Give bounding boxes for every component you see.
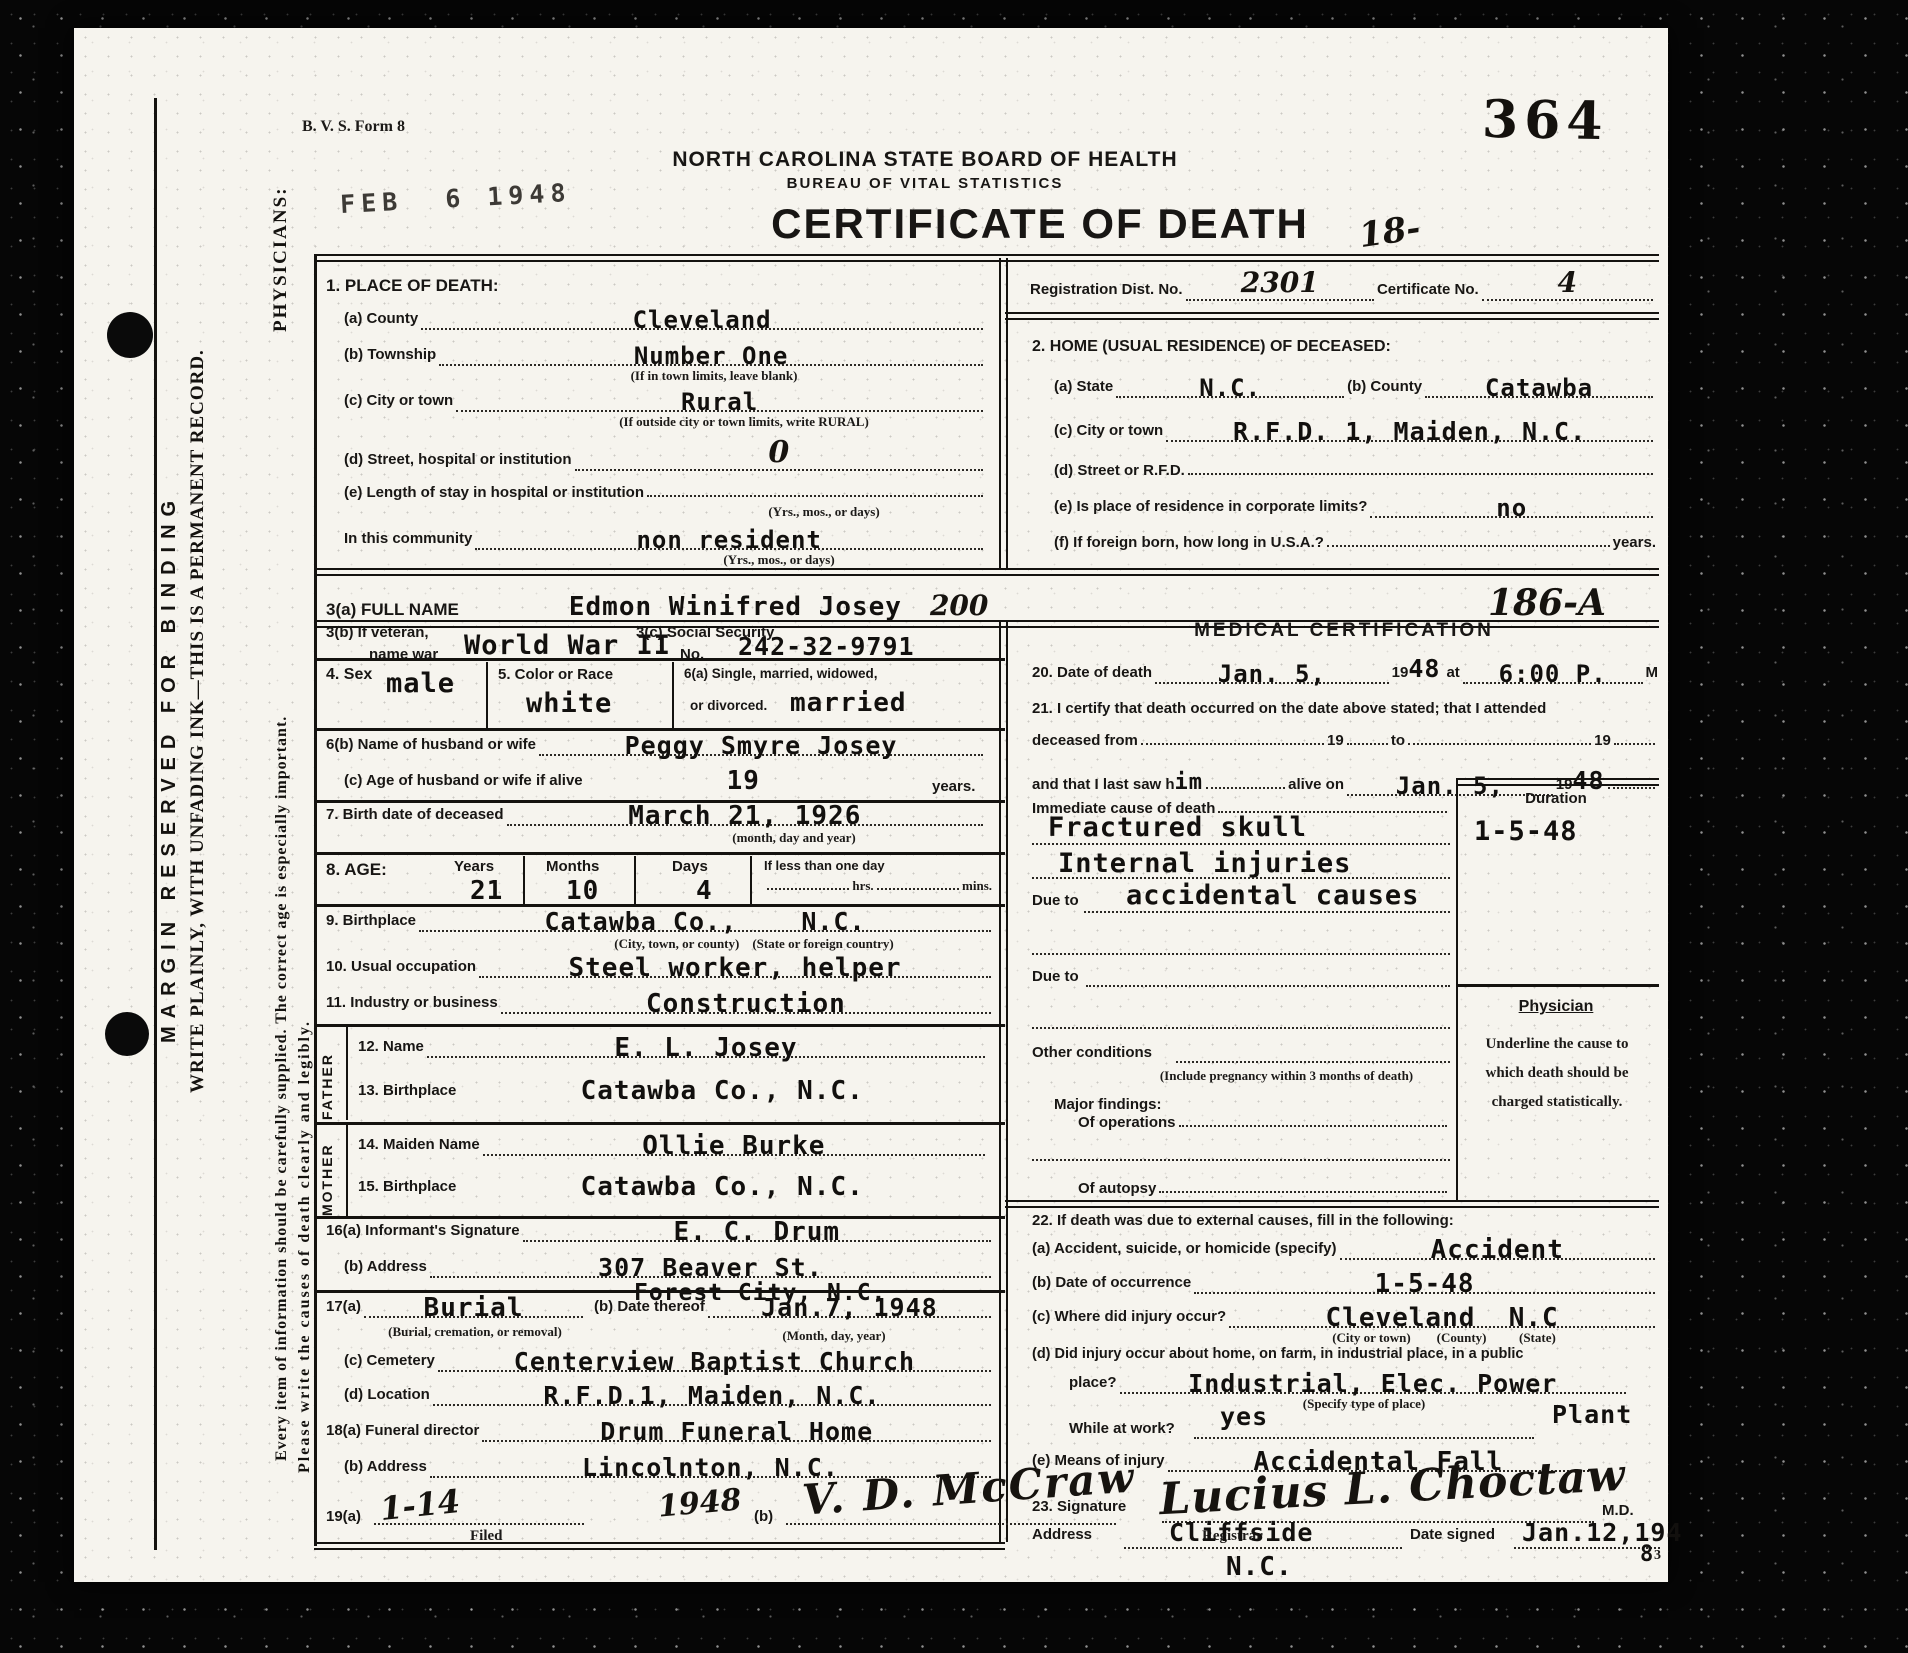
received-date-stamp: FEB 6 1948 — [339, 178, 572, 219]
rule-under-birthdate — [314, 852, 1005, 855]
cemetery-value: Centerview Baptist Church — [514, 1357, 915, 1367]
rule-under-medical — [1005, 1200, 1659, 1208]
informant-label: 16(a) Informant's Signature — [326, 1222, 520, 1239]
registration-dist-label: Registration Dist. No. — [1030, 281, 1183, 298]
last-saw-him: im — [1175, 770, 1204, 795]
home-state-county-row: (a) State N.C. (b) County Catawba — [1054, 378, 1656, 398]
while-at-work-line — [1194, 1436, 1534, 1439]
birthdate-label: 7. Birth date of deceased — [326, 806, 504, 823]
home-foreign-suffix: years. — [1613, 534, 1656, 551]
at-label: at — [1446, 664, 1459, 681]
while-at-work-label: While at work? — [1069, 1420, 1175, 1437]
attended-from-label: deceased from — [1032, 732, 1138, 749]
community-value: non resident — [636, 535, 821, 545]
spouse-value: Peggy Smyre Josey — [625, 741, 898, 751]
city-label: (c) City or town — [344, 392, 453, 409]
external-kind-row: (a) Accident, suicide, or homicide (spec… — [1032, 1240, 1658, 1260]
autopsy-label: Of autopsy — [1078, 1180, 1156, 1197]
physician-address-value2: N.C. — [1226, 1552, 1293, 1582]
funeral-address-label: (b) Address — [344, 1458, 427, 1475]
registration-dist-value: 2301 — [1241, 278, 1319, 288]
ssn-value: 242-32-9791 — [738, 632, 915, 661]
other-conditions-line — [1176, 1060, 1450, 1063]
township-label: (b) Township — [344, 346, 436, 363]
marital-label2: or divorced. — [690, 698, 767, 713]
certificate-no-label: Certificate No. — [1377, 281, 1479, 298]
date-signed-value: Jan.12,194 — [1522, 1518, 1683, 1547]
informant-value: E. C. Drum — [674, 1227, 841, 1237]
injury-where-note: (City or town) (County) (State) — [1234, 1330, 1654, 1346]
birthplace-label: 9. Birthplace — [326, 912, 416, 929]
filing-b-label: (b) — [754, 1508, 773, 1525]
father-birthplace-value: Catawba Co., N.C. — [581, 1086, 864, 1096]
certificate-no-value: 4 — [1558, 278, 1577, 288]
street-row: (d) Street, hospital or institution 0 — [344, 450, 986, 471]
age-years-value: 21 — [470, 876, 503, 906]
father-divider — [346, 1026, 348, 1120]
county-value: Cleveland — [633, 315, 772, 325]
physician-note: Underline the cause to which death shoul… — [1466, 1030, 1648, 1117]
place-of-death-heading: 1. PLACE OF DEATH: — [326, 276, 499, 296]
medical-heading: MEDICAL CERTIFICATION — [1032, 620, 1656, 642]
age-label: 8. AGE: — [326, 860, 387, 880]
means-of-injury-label: (e) Means of injury — [1032, 1452, 1165, 1469]
industry-row: 11. Industry or business Construction — [326, 994, 994, 1014]
occurrence-date-row: (b) Date of occurrence 1-5-48 — [1032, 1274, 1658, 1294]
city-row: (c) City or town Rural — [344, 392, 986, 412]
community-label: In this community — [344, 530, 472, 547]
age-hrs-label: hrs. — [852, 878, 873, 894]
time-of-death-value: 6:00 P. — [1499, 669, 1607, 679]
date-signed-label: Date signed — [1410, 1526, 1495, 1543]
date-of-death-label: 20. Date of death — [1032, 664, 1152, 681]
disposition-type-label: 17(a) — [326, 1298, 361, 1315]
year-printed: 19 — [1392, 664, 1409, 681]
disposition-type-row: 17(a) Burial — [326, 1298, 586, 1318]
org-line2: BUREAU OF VITAL STATISTICS — [645, 175, 1205, 192]
home-state-value: N.C. — [1199, 383, 1261, 393]
home-street-row: (d) Street or R.F.D. — [1054, 462, 1656, 479]
veteran-label1: 3(b) If veteran, — [326, 624, 429, 641]
operations-row: Of operations — [1078, 1114, 1450, 1131]
margin-binding-text: MARGIN RESERVED FOR BINDING — [158, 483, 181, 1043]
home-foreign-label: (f) If foreign born, how long in U.S.A.? — [1054, 534, 1324, 551]
cause-line-1 — [1032, 842, 1450, 845]
informant-address-row: (b) Address 307 Beaver St. — [344, 1258, 994, 1278]
cemetery-row: (c) Cemetery Centerview Baptist Church — [344, 1352, 994, 1372]
birthdate-note: (month, day and year) — [634, 830, 954, 846]
age-months-value: 10 — [566, 876, 599, 906]
spouse-age-row: (c) Age of husband or wife if alive 19 — [344, 772, 904, 790]
injury-place-value2: Plant — [1552, 1400, 1632, 1429]
physician-label: Physician — [1456, 998, 1656, 1016]
injury-where-row: (c) Where did injury occur? Cleveland N.… — [1032, 1308, 1658, 1328]
form-number: B. V. S. Form 8 — [302, 118, 405, 136]
county-label: (a) County — [344, 310, 418, 327]
form-bottom-rule — [314, 1542, 1005, 1550]
birthplace-row: 9. Birthplace Catawba Co., N.C. — [326, 912, 994, 932]
column-divider-upper — [999, 258, 1008, 568]
page-title: CERTIFICATE OF DEATH — [740, 200, 1340, 248]
stay-row: (e) Length of stay in hospital or instit… — [344, 484, 986, 501]
margin-write-plainly-text: WRITE PLAINLY, WITH UNFADING INK—THIS IS… — [187, 273, 209, 1093]
community-row: In this community non resident — [344, 530, 986, 550]
age-years-label: Years — [454, 858, 494, 875]
age-days-label: Days — [672, 858, 708, 875]
funeral-director-value: Drum Funeral Home — [600, 1427, 873, 1437]
occupation-value: Steel worker, helper — [568, 963, 901, 973]
spouse-age-suffix: years. — [932, 778, 975, 795]
age-divider-3 — [750, 856, 752, 904]
external-heading: 22. If death was due to external causes,… — [1032, 1212, 1454, 1229]
filing-date-line — [374, 1522, 584, 1525]
marital-label1: 6(a) Single, married, widowed, — [684, 666, 878, 681]
full-name-value: Edmon Winifred Josey — [569, 592, 902, 622]
due-to-value: accidental causes — [1126, 880, 1419, 911]
external-kind-value: Accident — [1431, 1245, 1564, 1255]
external-kind-label: (a) Accident, suicide, or homicide (spec… — [1032, 1240, 1337, 1257]
due-to-2-line — [1086, 984, 1450, 987]
duration-box-top — [1456, 778, 1659, 786]
age-divider-1 — [523, 856, 525, 904]
file-code: 186-A — [1488, 582, 1606, 624]
home-corporate-value: no — [1496, 503, 1527, 513]
date-of-death-row: 20. Date of death Jan. 5, 19 48 at 6:00 … — [1032, 654, 1658, 684]
occurrence-date-value: 1-5-48 — [1375, 1279, 1475, 1289]
occupation-row: 10. Usual occupation Steel worker, helpe… — [326, 958, 994, 978]
injury-place-label: place? — [1069, 1374, 1117, 1391]
age-divider-2 — [634, 856, 636, 904]
mother-name-value: Ollie Burke — [642, 1141, 825, 1151]
age-days-value: 4 — [696, 876, 713, 906]
spouse-age-value: 19 — [727, 776, 760, 786]
birthplace-note: (City, town, or county) (State or foreig… — [504, 936, 1004, 952]
stay-note: (Yrs., mos., or days) — [674, 504, 974, 520]
spouse-age-label: (c) Age of husband or wife if alive — [344, 772, 583, 789]
race-label: 5. Color or Race — [498, 666, 613, 683]
due-to-line — [1084, 910, 1450, 913]
other-conditions-note: (Include pregnancy within 3 months of de… — [1114, 1068, 1459, 1084]
occupation-label: 10. Usual occupation — [326, 958, 476, 975]
date-of-death-value: Jan. 5, — [1218, 669, 1326, 679]
physician-address-line — [1124, 1546, 1402, 1549]
rule-under-mother — [314, 1216, 1005, 1219]
city-value: Rural — [681, 397, 758, 407]
cemetery-label: (c) Cemetery — [344, 1352, 435, 1369]
filing-label: 19(a) — [326, 1508, 361, 1525]
blank-line-2 — [1032, 1026, 1450, 1029]
home-corporate-row: (e) Is place of residence in corporate l… — [1054, 498, 1656, 518]
injury-where-value: Cleveland N.C — [1326, 1313, 1559, 1323]
injury-where-label: (c) Where did injury occur? — [1032, 1308, 1226, 1325]
org-line1: NORTH CAROLINA STATE BOARD OF HEALTH — [645, 148, 1205, 172]
margin-physicians-text: PHYSICIANS: — [270, 116, 292, 332]
sex-value: male — [386, 668, 455, 699]
column-divider-lower — [999, 622, 1008, 1542]
father-name-row: 12. Name E. L. Josey — [358, 1038, 988, 1058]
father-name-value: E. L. Josey — [614, 1043, 797, 1053]
duration-box-border — [1456, 780, 1458, 1200]
full-name-label: 3(a) FULL NAME — [326, 600, 459, 620]
funeral-address-value: Lincolnton, N.C. — [582, 1463, 839, 1473]
rule-under-registration — [1005, 312, 1659, 320]
disposition-type-value: Burial — [424, 1303, 524, 1313]
margin-every-item-text: Every item of information should be care… — [273, 333, 291, 1461]
township-row: (b) Township Number One — [344, 346, 986, 366]
birthdate-value: March 21, 1926 — [628, 811, 861, 821]
corner-digit: 3 — [1654, 1548, 1661, 1564]
blank-line-3 — [1032, 1158, 1450, 1161]
informant-row: 16(a) Informant's Signature E. C. Drum — [326, 1222, 994, 1242]
blank-line-1 — [1032, 952, 1450, 955]
cemetery-location-value: R.F.D.1, Maiden, N.C. — [543, 1391, 880, 1401]
cemetery-location-label: (d) Location — [344, 1386, 430, 1403]
injury-place-question: (d) Did injury occur about home, on farm… — [1032, 1346, 1662, 1362]
disposition-date-label: (b) Date thereof — [594, 1298, 705, 1315]
rule-above-fullname — [314, 568, 1659, 576]
duration-label: Duration — [1456, 790, 1656, 807]
birthplace-value: Catawba Co., N.C. — [545, 917, 866, 927]
rule-under-industry — [314, 1024, 1005, 1027]
mother-birthplace-row: 15. Birthplace Catawba Co., N.C. — [358, 1178, 988, 1196]
date-signed-overflow: 8 — [1640, 1542, 1654, 1567]
city-note: (If outside city or town limits, write R… — [504, 414, 984, 430]
home-city-value: R.F.D. 1, Maiden, N.C. — [1233, 427, 1586, 437]
mother-birthplace-label: 15. Birthplace — [358, 1178, 456, 1195]
community-note: (Yrs., mos., or days) — [614, 552, 944, 568]
other-conditions-label: Other conditions — [1032, 1044, 1152, 1061]
age-mins-label: mins. — [962, 878, 992, 894]
attended-from-year: 19 — [1327, 732, 1344, 749]
home-county-label: (b) County — [1347, 378, 1422, 395]
rule-under-veteran — [314, 658, 1005, 661]
mother-birthplace-value: Catawba Co., N.C. — [581, 1182, 864, 1192]
filing-year-value: 1948 — [657, 1482, 743, 1524]
attended-from-row: deceased from 19 to 19 — [1032, 732, 1658, 749]
home-street-label: (d) Street or R.F.D. — [1054, 462, 1185, 479]
cause-of-death-1: Fractured skull — [1048, 812, 1307, 843]
autopsy-row: Of autopsy — [1078, 1180, 1450, 1197]
alive-on-label: alive on — [1288, 776, 1344, 793]
township-value: Number One — [634, 351, 789, 361]
mother-name-label: 14. Maiden Name — [358, 1136, 480, 1153]
home-heading: 2. HOME (USUAL RESIDENCE) OF DECEASED: — [1032, 338, 1391, 356]
full-name-row: 3(a) FULL NAME Edmon Winifred Josey 200 … — [326, 582, 1646, 624]
physician-address-label: Address — [1032, 1526, 1092, 1543]
age-less-label: If less than one day — [764, 858, 885, 873]
spouse-label: 6(b) Name of husband or wife — [326, 736, 536, 753]
rule-under-title — [314, 254, 1659, 262]
injury-place-row: place? Industrial, Elec. Power — [1069, 1374, 1629, 1394]
full-name-annotation: 200 — [930, 589, 988, 622]
funeral-director-row: 18(a) Funeral director Drum Funeral Home — [326, 1422, 994, 1442]
md-label: M.D. — [1602, 1502, 1634, 1519]
form-left-border — [314, 254, 317, 1546]
punch-hole-bottom — [105, 1012, 149, 1056]
street-value: 0 — [768, 448, 789, 458]
injury-place-value: Industrial, Elec. Power — [1188, 1379, 1557, 1389]
father-birthplace-label: 13. Birthplace — [358, 1082, 456, 1099]
physician-address-value: Cliffside — [1169, 1518, 1313, 1547]
mother-divider — [346, 1124, 348, 1216]
birthdate-row: 7. Birth date of deceased March 21, 1926 — [326, 806, 986, 826]
sex-label: 4. Sex — [326, 666, 372, 684]
age-hrs-mins-row: hrs. mins. — [764, 878, 992, 894]
father-birthplace-row: 13. Birthplace Catawba Co., N.C. — [358, 1082, 988, 1100]
title-annotation: 18- — [1357, 208, 1423, 256]
margin-please-write-text: Please write the causes of death clearly… — [296, 883, 314, 1473]
major-findings-label: Major findings: — [1054, 1096, 1162, 1113]
mother-side-label: MOTHER — [319, 1128, 335, 1216]
marital-value: married — [790, 688, 907, 718]
time-m-label: M — [1646, 664, 1659, 681]
home-city-label: (c) City or town — [1054, 422, 1163, 439]
home-county-value: Catawba — [1485, 383, 1593, 393]
year-typed: 48 — [1408, 654, 1440, 683]
attended-to-label: to — [1391, 732, 1405, 749]
spouse-row: 6(b) Name of husband or wife Peggy Smyre… — [326, 736, 986, 756]
last-saw-label: and that I last saw h — [1032, 776, 1175, 793]
physician-box-top — [1456, 984, 1659, 987]
operations-label: Of operations — [1078, 1114, 1176, 1131]
cemetery-location-row: (d) Location R.F.D.1, Maiden, N.C. — [344, 1386, 994, 1406]
certificate-big-number: 364 — [1481, 89, 1609, 152]
disposition-date-value: Jan.7, 1948 — [761, 1303, 938, 1313]
cell-divider-1 — [486, 662, 488, 728]
signature-label: 23. Signature — [1032, 1498, 1126, 1515]
due-to-2-label: Due to — [1032, 968, 1079, 985]
township-note: (If in town limits, leave blank) — [504, 368, 924, 384]
informant-address-label: (b) Address — [344, 1258, 427, 1275]
registrar-line — [786, 1522, 1116, 1525]
home-corporate-label: (e) Is place of residence in corporate l… — [1054, 498, 1367, 515]
duration-value: 1-5-48 — [1474, 816, 1578, 847]
industry-value: Construction — [646, 999, 846, 1009]
margin-rule — [154, 98, 157, 1550]
race-value: white — [526, 688, 612, 719]
mother-name-row: 14. Maiden Name Ollie Burke — [358, 1136, 988, 1156]
cause-of-death-2: Internal injuries — [1058, 848, 1351, 879]
cell-divider-2 — [672, 662, 674, 728]
due-to-label: Due to — [1032, 892, 1079, 909]
informant-address-value: 307 Beaver St. — [598, 1263, 823, 1273]
father-side-label: FATHER — [319, 1030, 335, 1120]
occurrence-date-label: (b) Date of occurrence — [1032, 1274, 1191, 1291]
funeral-director-label: 18(a) Funeral director — [326, 1422, 479, 1439]
age-months-label: Months — [546, 858, 599, 875]
attended-to-year: 19 — [1594, 732, 1611, 749]
certify-statement: 21. I certify that death occurred on the… — [1032, 700, 1662, 717]
cause-line-2 — [1032, 876, 1450, 879]
death-certificate-page: MARGIN RESERVED FOR BINDING WRITE PLAINL… — [74, 28, 1668, 1582]
street-label: (d) Street, hospital or institution — [344, 451, 572, 468]
disposition-type-note: (Burial, cremation, or removal) — [330, 1324, 620, 1340]
home-city-row: (c) City or town R.F.D. 1, Maiden, N.C. — [1054, 422, 1656, 442]
home-foreign-row: (f) If foreign born, how long in U.S.A.?… — [1054, 534, 1656, 551]
rule-under-father — [314, 1122, 1005, 1125]
father-name-label: 12. Name — [358, 1038, 424, 1055]
county-row: (a) County Cleveland — [344, 310, 986, 330]
while-at-work-value: yes — [1220, 1402, 1268, 1431]
registration-row: Registration Dist. No. 2301 Certificate … — [1030, 280, 1656, 301]
home-state-label: (a) State — [1054, 378, 1113, 395]
disposition-date-row: (b) Date thereof Jan.7, 1948 — [594, 1298, 994, 1318]
stay-label: (e) Length of stay in hospital or instit… — [344, 484, 644, 501]
industry-label: 11. Industry or business — [326, 994, 498, 1011]
disposition-date-note: (Month, day, year) — [704, 1328, 964, 1344]
punch-hole-top — [107, 312, 153, 358]
